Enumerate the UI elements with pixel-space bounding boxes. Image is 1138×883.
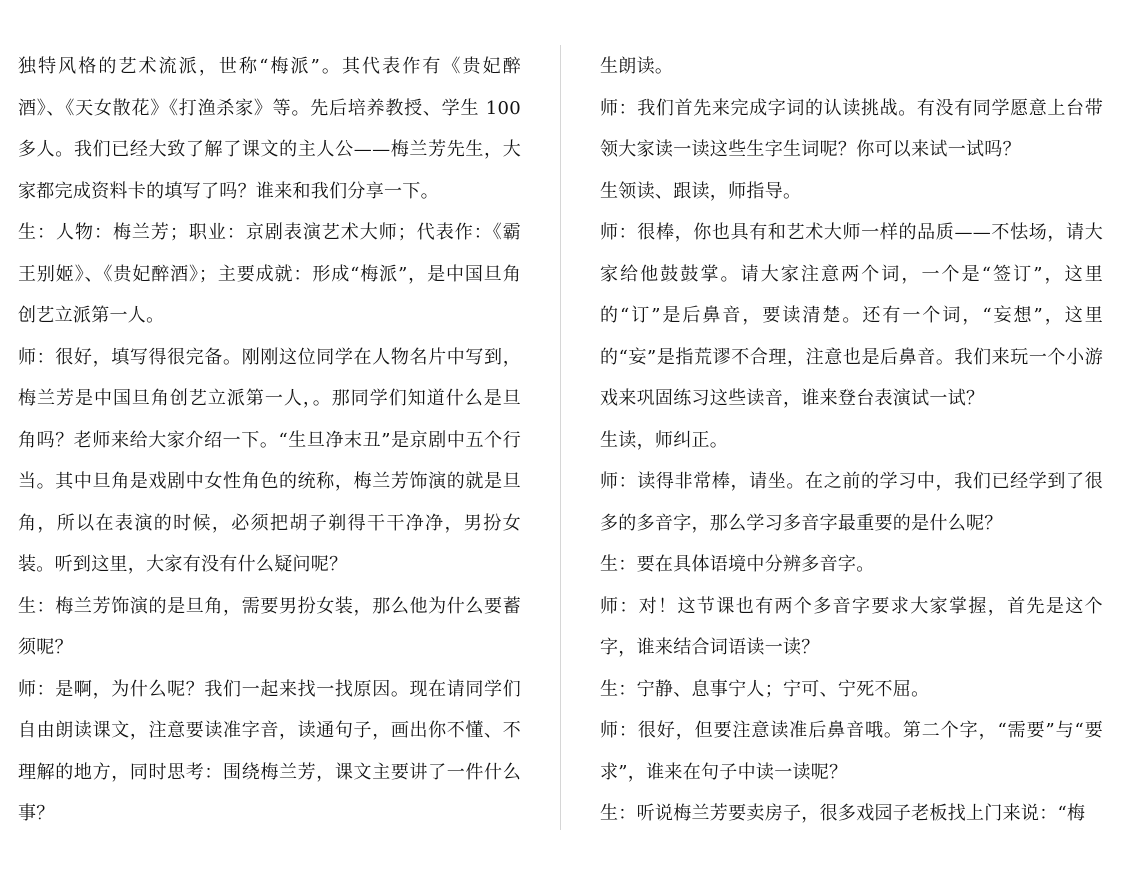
paragraph: 生：听说梅兰芳要卖房子，很多戏园子老板找上门来说：“梅 — [600, 793, 1103, 835]
paragraph: 师：很好，但要注意读准后鼻音哦。第二个字，“需要”与“要求”，谁来在句子中读一读… — [600, 710, 1103, 793]
paragraph: 生：梅兰芳饰演的是旦角，需要男扮女装，那么他为什么要蓄须呢？ — [18, 586, 521, 669]
column-divider — [560, 45, 561, 830]
right-column: 生朗读。 师：我们首先来完成字词的认读挑战。有没有同学愿意上台带领大家读一读这些… — [600, 46, 1103, 835]
paragraph: 师：很棒，你也具有和艺术大师一样的品质——不怯场，请大家给他鼓鼓掌。请大家注意两… — [600, 212, 1103, 420]
paragraph: 师：对！这节课也有两个多音字要求大家掌握，首先是这个字，谁来结合词语读一读？ — [600, 586, 1103, 669]
paragraph: 生读，师纠正。 — [600, 420, 1103, 462]
paragraph: 生领读、跟读，师指导。 — [600, 171, 1103, 213]
paragraph: 生朗读。 — [600, 46, 1103, 88]
paragraph: 师：我们首先来完成字词的认读挑战。有没有同学愿意上台带领大家读一读这些生字生词呢… — [600, 88, 1103, 171]
paragraph: 生：要在具体语境中分辨多音字。 — [600, 544, 1103, 586]
paragraph: 师：读得非常棒，请坐。在之前的学习中，我们已经学到了很多的多音字，那么学习多音字… — [600, 461, 1103, 544]
paragraph: 师：是啊，为什么呢？我们一起来找一找原因。现在请同学们自由朗读课文，注意要读准字… — [18, 669, 521, 835]
paragraph: 生：人物：梅兰芳；职业：京剧表演艺术大师；代表作：《霸王别姬》、《贵妃醉酒》；主… — [18, 212, 521, 337]
paragraph: 独特风格的艺术流派，世称“梅派”。其代表作有《贵妃醉酒》、《天女散花》《打渔杀家… — [18, 46, 521, 212]
paragraph: 生：宁静、息事宁人；宁可、宁死不屈。 — [600, 669, 1103, 711]
left-column: 独特风格的艺术流派，世称“梅派”。其代表作有《贵妃醉酒》、《天女散花》《打渔杀家… — [18, 46, 521, 835]
paragraph: 师：很好，填写得很完备。刚刚这位同学在人物名片中写到，梅兰芳是中国旦角创艺立派第… — [18, 337, 521, 586]
